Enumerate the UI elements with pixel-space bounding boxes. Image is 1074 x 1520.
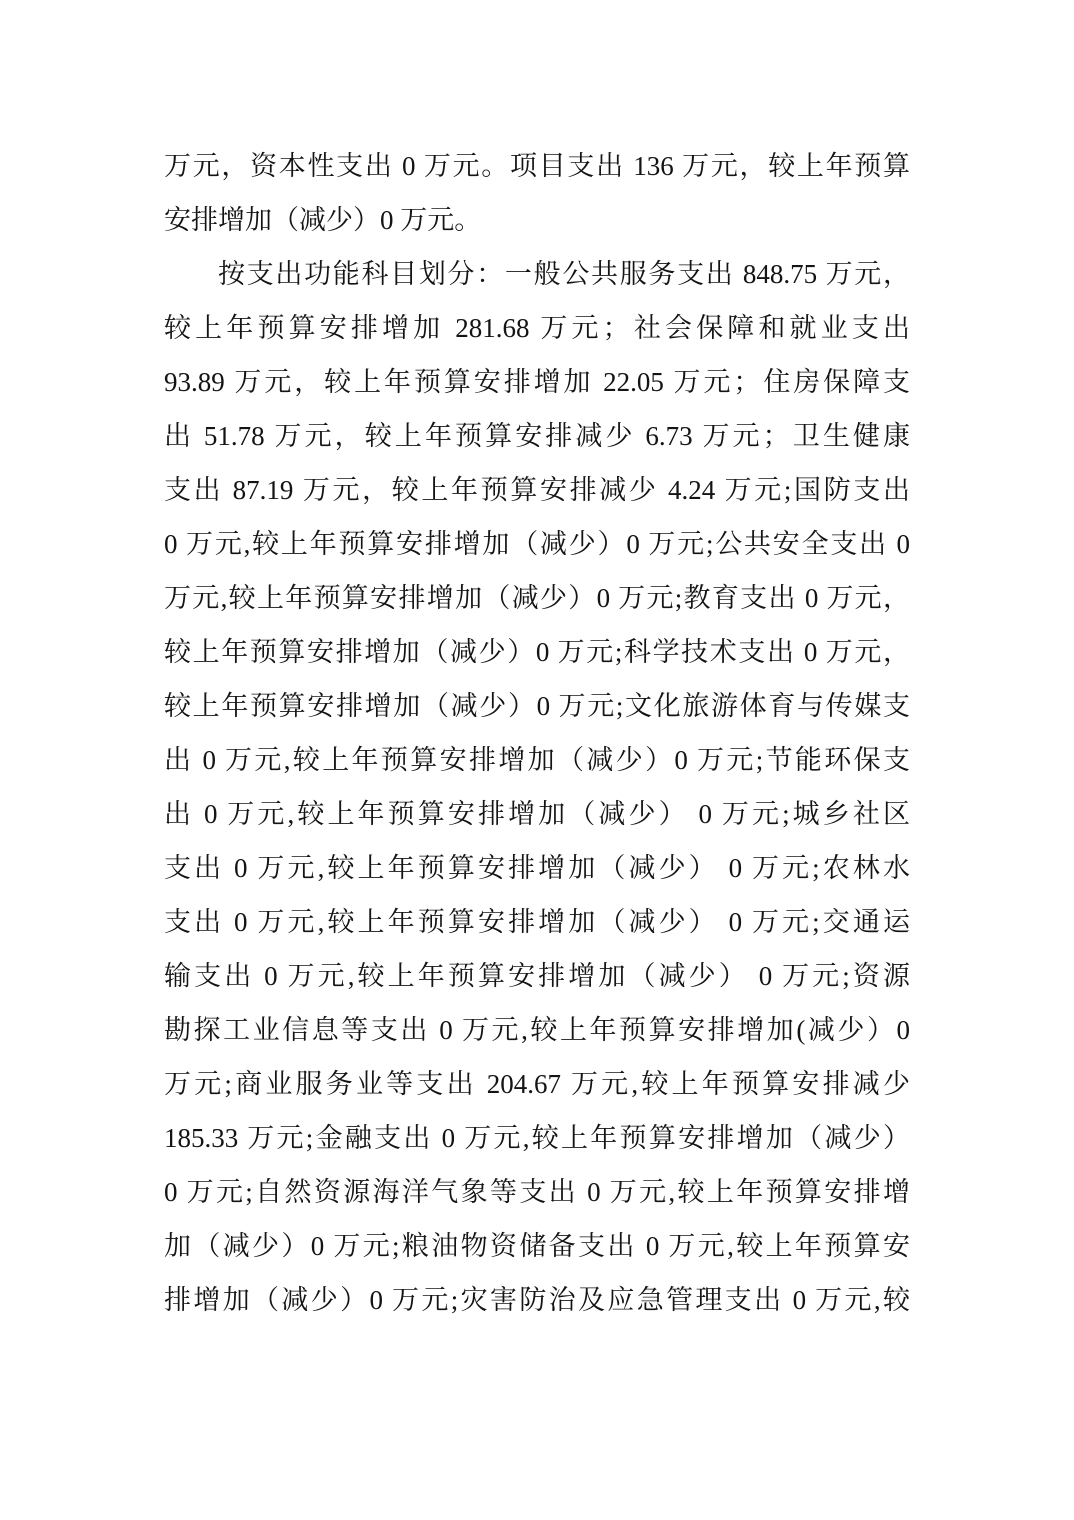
text-block: 万元，资本性支出 0 万元。项目支出 136 万元，较上年预算安排增加（减少）0… xyxy=(164,139,910,1327)
text-line: 185.33 万元;金融支出 0 万元,较上年预算安排增加（减少） xyxy=(164,1111,910,1165)
text-line: 支出 0 万元,较上年预算安排增加（减少） 0 万元;农林水 xyxy=(164,841,910,895)
document-page: 万元，资本性支出 0 万元。项目支出 136 万元，较上年预算安排增加（减少）0… xyxy=(0,0,1074,1520)
text-line: 出 0 万元,较上年预算安排增加（减少） 0 万元;城乡社区 xyxy=(164,787,910,841)
text-line: 出 51.78 万元，较上年预算安排减少 6.73 万元；卫生健康 xyxy=(164,409,910,463)
text-line: 万元，资本性支出 0 万元。项目支出 136 万元，较上年预算 xyxy=(164,139,910,193)
text-line: 支出 0 万元,较上年预算安排增加（减少） 0 万元;交通运 xyxy=(164,895,910,949)
text-line: 加（减少）0 万元;粮油物资储备支出 0 万元,较上年预算安 xyxy=(164,1219,910,1273)
text-line: 93.89 万元，较上年预算安排增加 22.05 万元；住房保障支 xyxy=(164,355,910,409)
text-line: 排增加（减少）0 万元;灾害防治及应急管理支出 0 万元,较 xyxy=(164,1273,910,1327)
text-line: 勘探工业信息等支出 0 万元,较上年预算安排增加(减少）0 xyxy=(164,1003,910,1057)
para-by-function-classification: 按支出功能科目划分：一般公共服务支出 848.75 万元，较上年预算安排增加 2… xyxy=(164,247,910,1327)
text-line: 0 万元;自然资源海洋气象等支出 0 万元,较上年预算安排增 xyxy=(164,1165,910,1219)
text-line: 较上年预算安排增加 281.68 万元；社会保障和就业支出 xyxy=(164,301,910,355)
text-line: 出 0 万元,较上年预算安排增加（减少）0 万元;节能环保支 xyxy=(164,733,910,787)
text-line: 较上年预算安排增加（减少）0 万元;文化旅游体育与传媒支 xyxy=(164,679,910,733)
para-expenditure-continuation: 万元，资本性支出 0 万元。项目支出 136 万元，较上年预算安排增加（减少）0… xyxy=(164,139,910,247)
text-line: 支出 87.19 万元，较上年预算安排减少 4.24 万元;国防支出 xyxy=(164,463,910,517)
text-line: 0 万元,较上年预算安排增加（减少）0 万元;公共安全支出 0 xyxy=(164,517,910,571)
text-line: 输支出 0 万元,较上年预算安排增加（减少） 0 万元;资源 xyxy=(164,949,910,1003)
text-line: 较上年预算安排增加（减少）0 万元;科学技术支出 0 万元， xyxy=(164,625,910,679)
text-line: 万元;商业服务业等支出 204.67 万元,较上年预算安排减少 xyxy=(164,1057,910,1111)
text-line: 按支出功能科目划分：一般公共服务支出 848.75 万元， xyxy=(164,247,910,301)
text-line: 万元,较上年预算安排增加（减少）0 万元;教育支出 0 万元， xyxy=(164,571,910,625)
text-line: 安排增加（减少）0 万元。 xyxy=(164,193,910,247)
